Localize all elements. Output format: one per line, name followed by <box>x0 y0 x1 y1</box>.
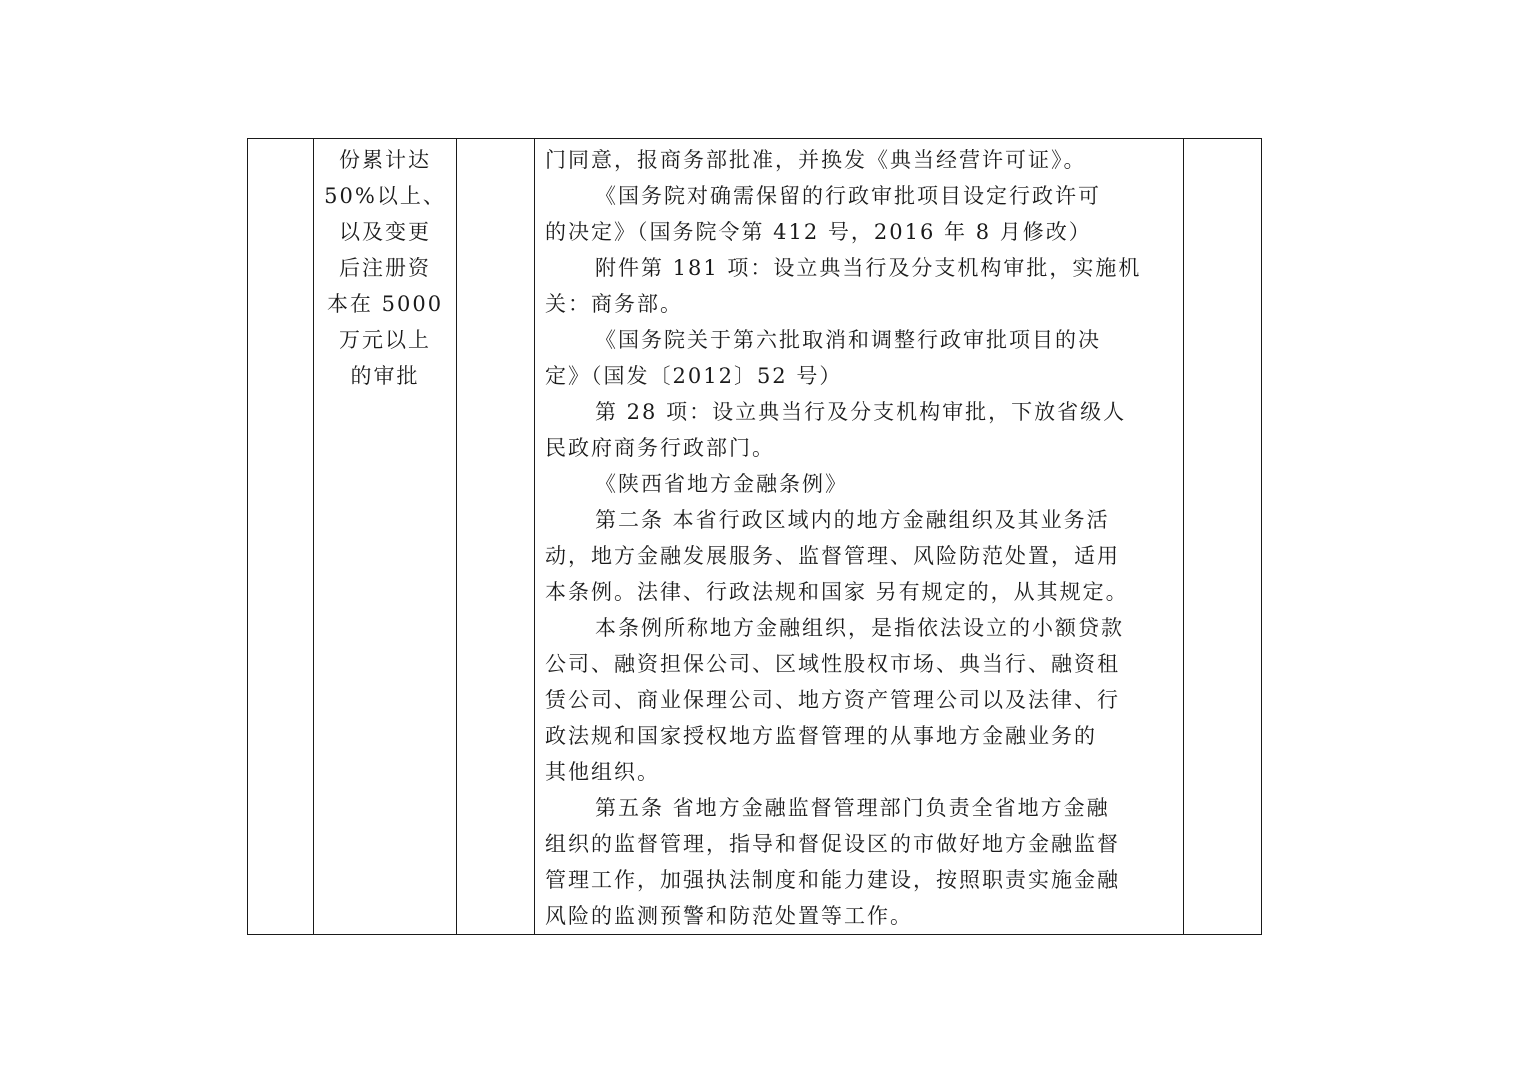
legal-basis-line: 政法规和国家授权地方监督管理的从事地方金融业务的 <box>545 718 1177 754</box>
legal-basis-line: 《国务院对确需保留的行政审批项目设定行政许可 <box>545 178 1177 214</box>
legal-basis-line: 《国务院关于第六批取消和调整行政审批项目的决 <box>545 322 1177 358</box>
serial-number-cell <box>248 139 314 935</box>
remarks-cell <box>1184 139 1262 935</box>
item-name-line: 本在 5000 <box>314 286 456 322</box>
legal-basis-cell: 门同意，报商务部批准，并换发《典当经营许可证》。《国务院对确需保留的行政审批项目… <box>535 139 1184 935</box>
legal-basis-line: 组织的监督管理，指导和督促设区的市做好地方金融监督 <box>545 826 1177 862</box>
legal-basis-line: 其他组织。 <box>545 754 1177 790</box>
legal-basis-line: 第二条 本省行政区域内的地方金融组织及其业务活 <box>545 502 1177 538</box>
legal-basis-line: 定》（国发〔2012〕52 号） <box>545 358 1177 394</box>
legal-basis-line: 管理工作，加强执法制度和能力建设，按照职责实施金融 <box>545 862 1177 898</box>
table-row: 份累计达50%以上、以及变更后注册资本在 5000万元以上的审批 门同意，报商务… <box>248 139 1262 935</box>
legal-basis-line: 的决定》（国务院令第 412 号，2016 年 8 月修改） <box>545 214 1177 250</box>
item-name-line: 万元以上 <box>314 322 456 358</box>
legal-basis-line: 附件第 181 项：设立典当行及分支机构审批，实施机 <box>545 250 1177 286</box>
legal-basis-line: 门同意，报商务部批准，并换发《典当经营许可证》。 <box>545 142 1177 178</box>
legal-basis-line: 本条例所称地方金融组织，是指依法设立的小额贷款 <box>545 610 1177 646</box>
legal-basis-line: 《陕西省地方金融条例》 <box>545 466 1177 502</box>
legal-basis-line: 风险的监测预警和防范处置等工作。 <box>545 898 1177 934</box>
legal-basis-line: 第五条 省地方金融监督管理部门负责全省地方金融 <box>545 790 1177 826</box>
item-name-cell: 份累计达50%以上、以及变更后注册资本在 5000万元以上的审批 <box>314 139 457 935</box>
legal-basis-line: 公司、融资担保公司、区域性股权市场、典当行、融资租 <box>545 646 1177 682</box>
item-name-line: 份累计达 <box>314 142 456 178</box>
legal-basis-line: 民政府商务行政部门。 <box>545 430 1177 466</box>
item-name-text: 份累计达50%以上、以及变更后注册资本在 5000万元以上的审批 <box>314 139 456 394</box>
legal-basis-text: 门同意，报商务部批准，并换发《典当经营许可证》。《国务院对确需保留的行政审批项目… <box>535 139 1183 934</box>
item-name-line: 的审批 <box>314 358 456 394</box>
legal-basis-line: 动，地方金融发展服务、监督管理、风险防范处置，适用 <box>545 538 1177 574</box>
legal-basis-line: 赁公司、商业保理公司、地方资产管理公司以及法律、行 <box>545 682 1177 718</box>
legal-basis-line: 关：商务部。 <box>545 286 1177 322</box>
sub-item-cell <box>457 139 535 935</box>
item-name-line: 后注册资 <box>314 250 456 286</box>
item-name-line: 50%以上、 <box>314 178 456 214</box>
legal-basis-line: 本条例。法律、行政法规和国家 另有规定的，从其规定。 <box>545 574 1177 610</box>
approval-items-table: 份累计达50%以上、以及变更后注册资本在 5000万元以上的审批 门同意，报商务… <box>247 138 1262 935</box>
legal-basis-line: 第 28 项：设立典当行及分支机构审批，下放省级人 <box>545 394 1177 430</box>
item-name-line: 以及变更 <box>314 214 456 250</box>
